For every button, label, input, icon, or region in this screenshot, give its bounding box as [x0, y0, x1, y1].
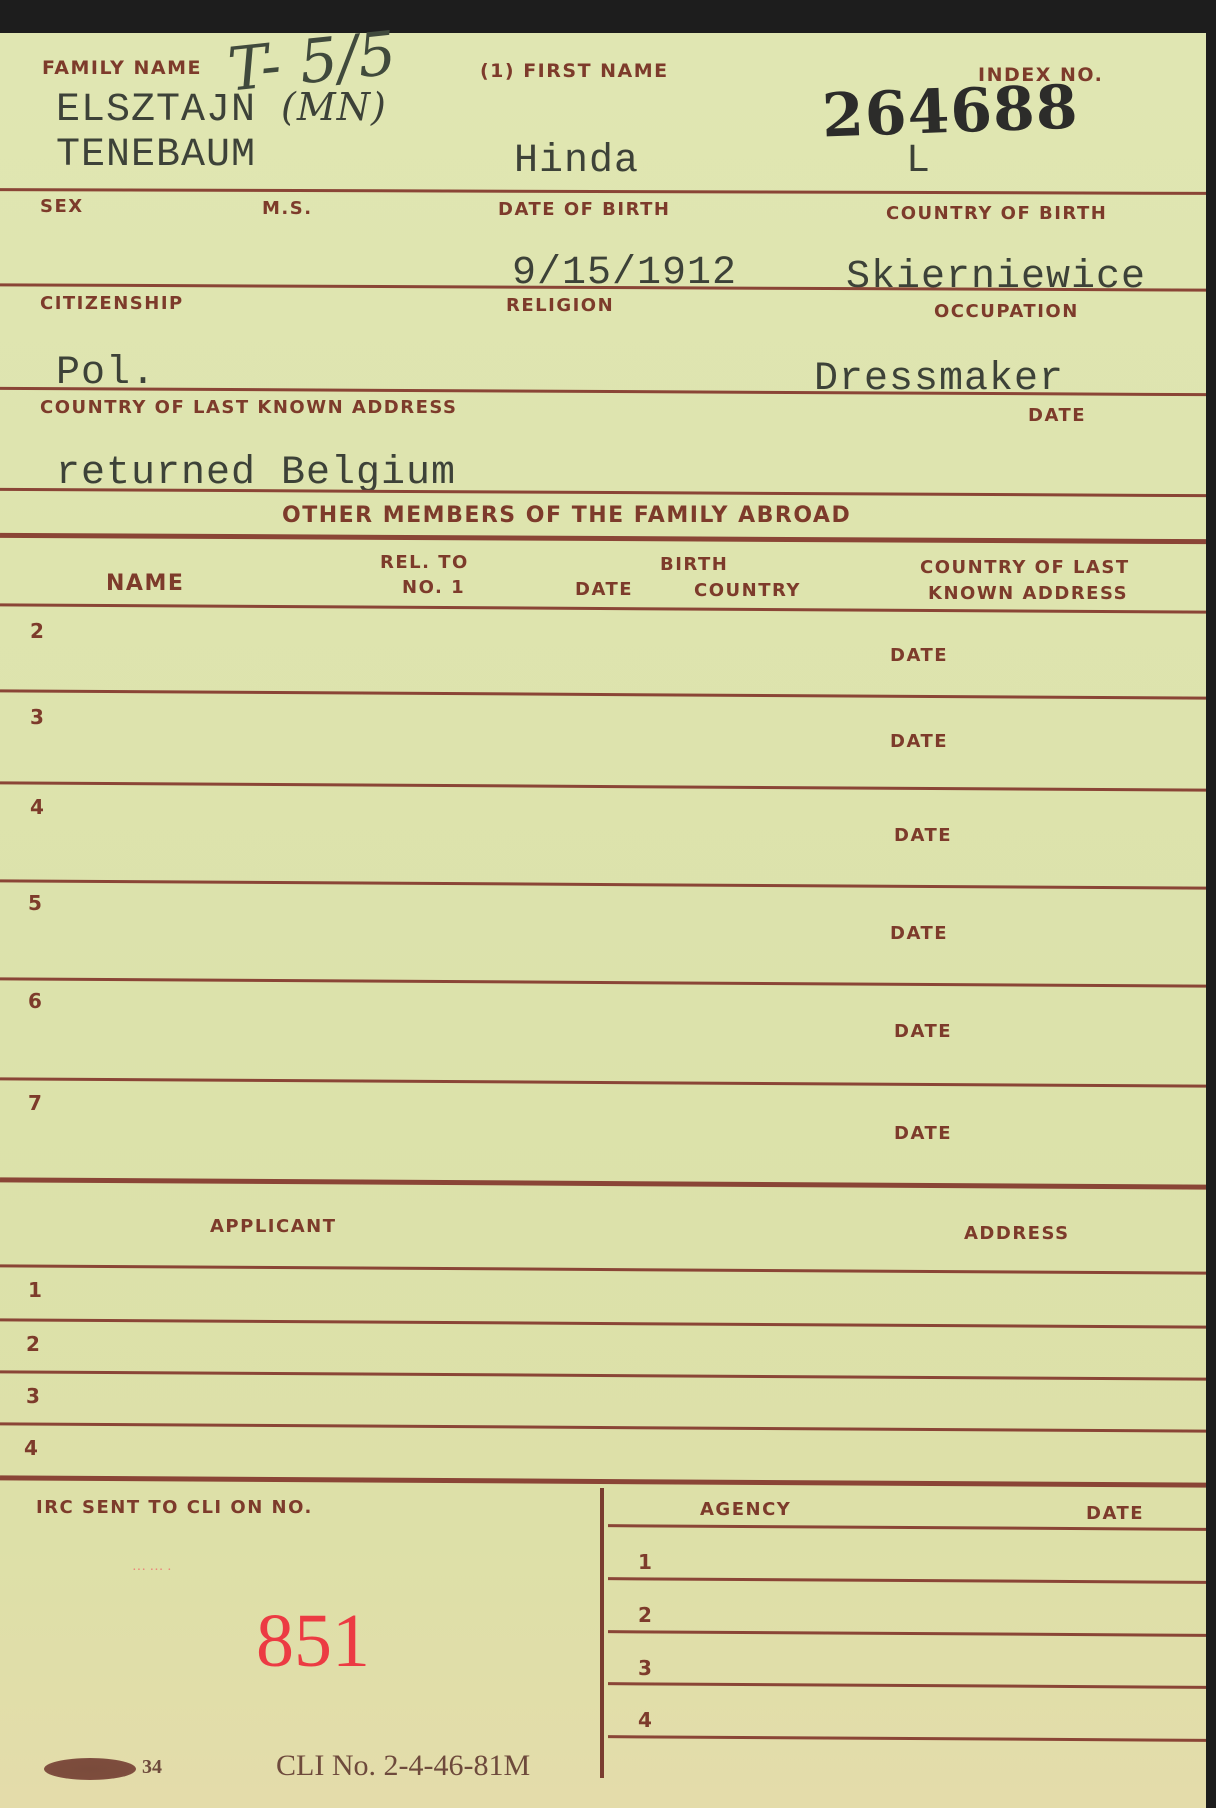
row-number: 6 [28, 989, 42, 1013]
ms-label: M.S. [262, 198, 313, 219]
family-name-label: FAMILY NAME [42, 57, 202, 79]
agency-row: 1 [608, 1526, 1206, 1579]
row-number: 1 [638, 1550, 652, 1574]
section-divider [600, 1488, 604, 1778]
occupation-value: Dressmaker [814, 357, 1064, 402]
header-birth-date: DATE [575, 579, 633, 600]
header-birth: BIRTH [660, 554, 728, 575]
agency-row: 3 [608, 1632, 1206, 1684]
religion-label: RELIGION [506, 295, 614, 316]
family-member-row: 3 DATE [0, 693, 1206, 785]
applicant-header: APPLICANT [210, 1216, 336, 1237]
place-of-birth-value: Skierniewice [846, 255, 1146, 300]
occupation-label: OCCUPATION [934, 301, 1079, 322]
row-number: 2 [638, 1603, 652, 1627]
family-member-row: 2 DATE [0, 607, 1206, 693]
header-rel-line2: NO. 1 [402, 577, 465, 598]
family-name-value: ELSZTAJN (MN) [56, 85, 387, 133]
agency-header: AGENCY [700, 1499, 791, 1520]
family-name-line2: TENEBAUM [56, 133, 256, 178]
row-number: 4 [30, 795, 44, 819]
applicant-row: 3 [0, 1374, 1206, 1426]
agency-row: 4 [608, 1684, 1206, 1737]
row-date-label: DATE [890, 645, 948, 666]
family-member-row: 7 DATE [0, 1081, 1206, 1181]
rule-line [0, 188, 1206, 195]
country-of-birth-initial: L [906, 139, 931, 184]
family-member-row: 6 DATE [0, 981, 1206, 1081]
maiden-name-mark: (MN) [281, 85, 387, 129]
date-of-birth-label: DATE OF BIRTH [498, 199, 671, 220]
form-number: CLI No. 2-4-46-81M [276, 1749, 530, 1783]
row-number: 3 [30, 705, 44, 729]
index-number: 264688 [821, 73, 1080, 152]
union-number: 34 [142, 1756, 162, 1779]
applicant-row: 1 [0, 1268, 1206, 1322]
rule-line [0, 533, 1206, 544]
family-name-line1: ELSZTAJN [56, 88, 256, 133]
family-member-row: 4 DATE [0, 785, 1206, 883]
irc-stamp-number: 851 [256, 1598, 370, 1685]
first-name-label: (1) FIRST NAME [480, 60, 669, 82]
agency-row: 2 [608, 1579, 1206, 1632]
header-rel-line1: REL. TO [380, 552, 469, 573]
irc-sent-label: IRC SENT TO CLI ON NO. [36, 1497, 313, 1518]
applicant-row: 2 [0, 1322, 1206, 1374]
row-number: 3 [26, 1384, 40, 1408]
row-number: 1 [28, 1278, 42, 1302]
row-number: 2 [26, 1332, 40, 1356]
row-date-label: DATE [890, 923, 948, 944]
family-abroad-title: OTHER MEMBERS OF THE FAMILY ABROAD [282, 503, 851, 528]
header-last-address-line1: COUNTRY OF LAST [920, 557, 1130, 578]
row-date-label: DATE [890, 731, 948, 752]
date-label: DATE [1028, 405, 1086, 426]
sex-label: SEX [40, 196, 84, 217]
country-last-address-label: COUNTRY OF LAST KNOWN ADDRESS [40, 397, 458, 418]
row-number: 3 [638, 1656, 652, 1680]
header-birth-country: COUNTRY [694, 580, 801, 601]
row-date-label: DATE [894, 825, 952, 846]
applicant-row: 4 [0, 1426, 1206, 1478]
citizenship-label: CITIZENSHIP [40, 293, 184, 314]
row-date-label: DATE [894, 1021, 952, 1042]
row-number: 5 [28, 891, 42, 915]
row-number: 7 [28, 1091, 42, 1115]
row-date-label: DATE [894, 1123, 952, 1144]
faint-red-stamp: ··· ··· · [132, 1563, 172, 1579]
country-of-birth-label: COUNTRY OF BIRTH [886, 203, 1107, 224]
row-number: 2 [30, 619, 44, 643]
header-last-address-line2: KNOWN ADDRESS [928, 583, 1128, 604]
row-number: 4 [638, 1708, 652, 1732]
agency-date-header: DATE [1086, 1503, 1144, 1524]
first-name-value: Hinda [514, 139, 639, 184]
address-header: ADDRESS [964, 1223, 1070, 1244]
family-member-row: 5 DATE [0, 883, 1206, 981]
header-name: NAME [106, 571, 184, 596]
row-number: 4 [24, 1436, 38, 1460]
index-card: FAMILY NAME T- 5/5 (1) FIRST NAME INDEX … [0, 33, 1206, 1808]
union-label-icon [44, 1758, 136, 1780]
